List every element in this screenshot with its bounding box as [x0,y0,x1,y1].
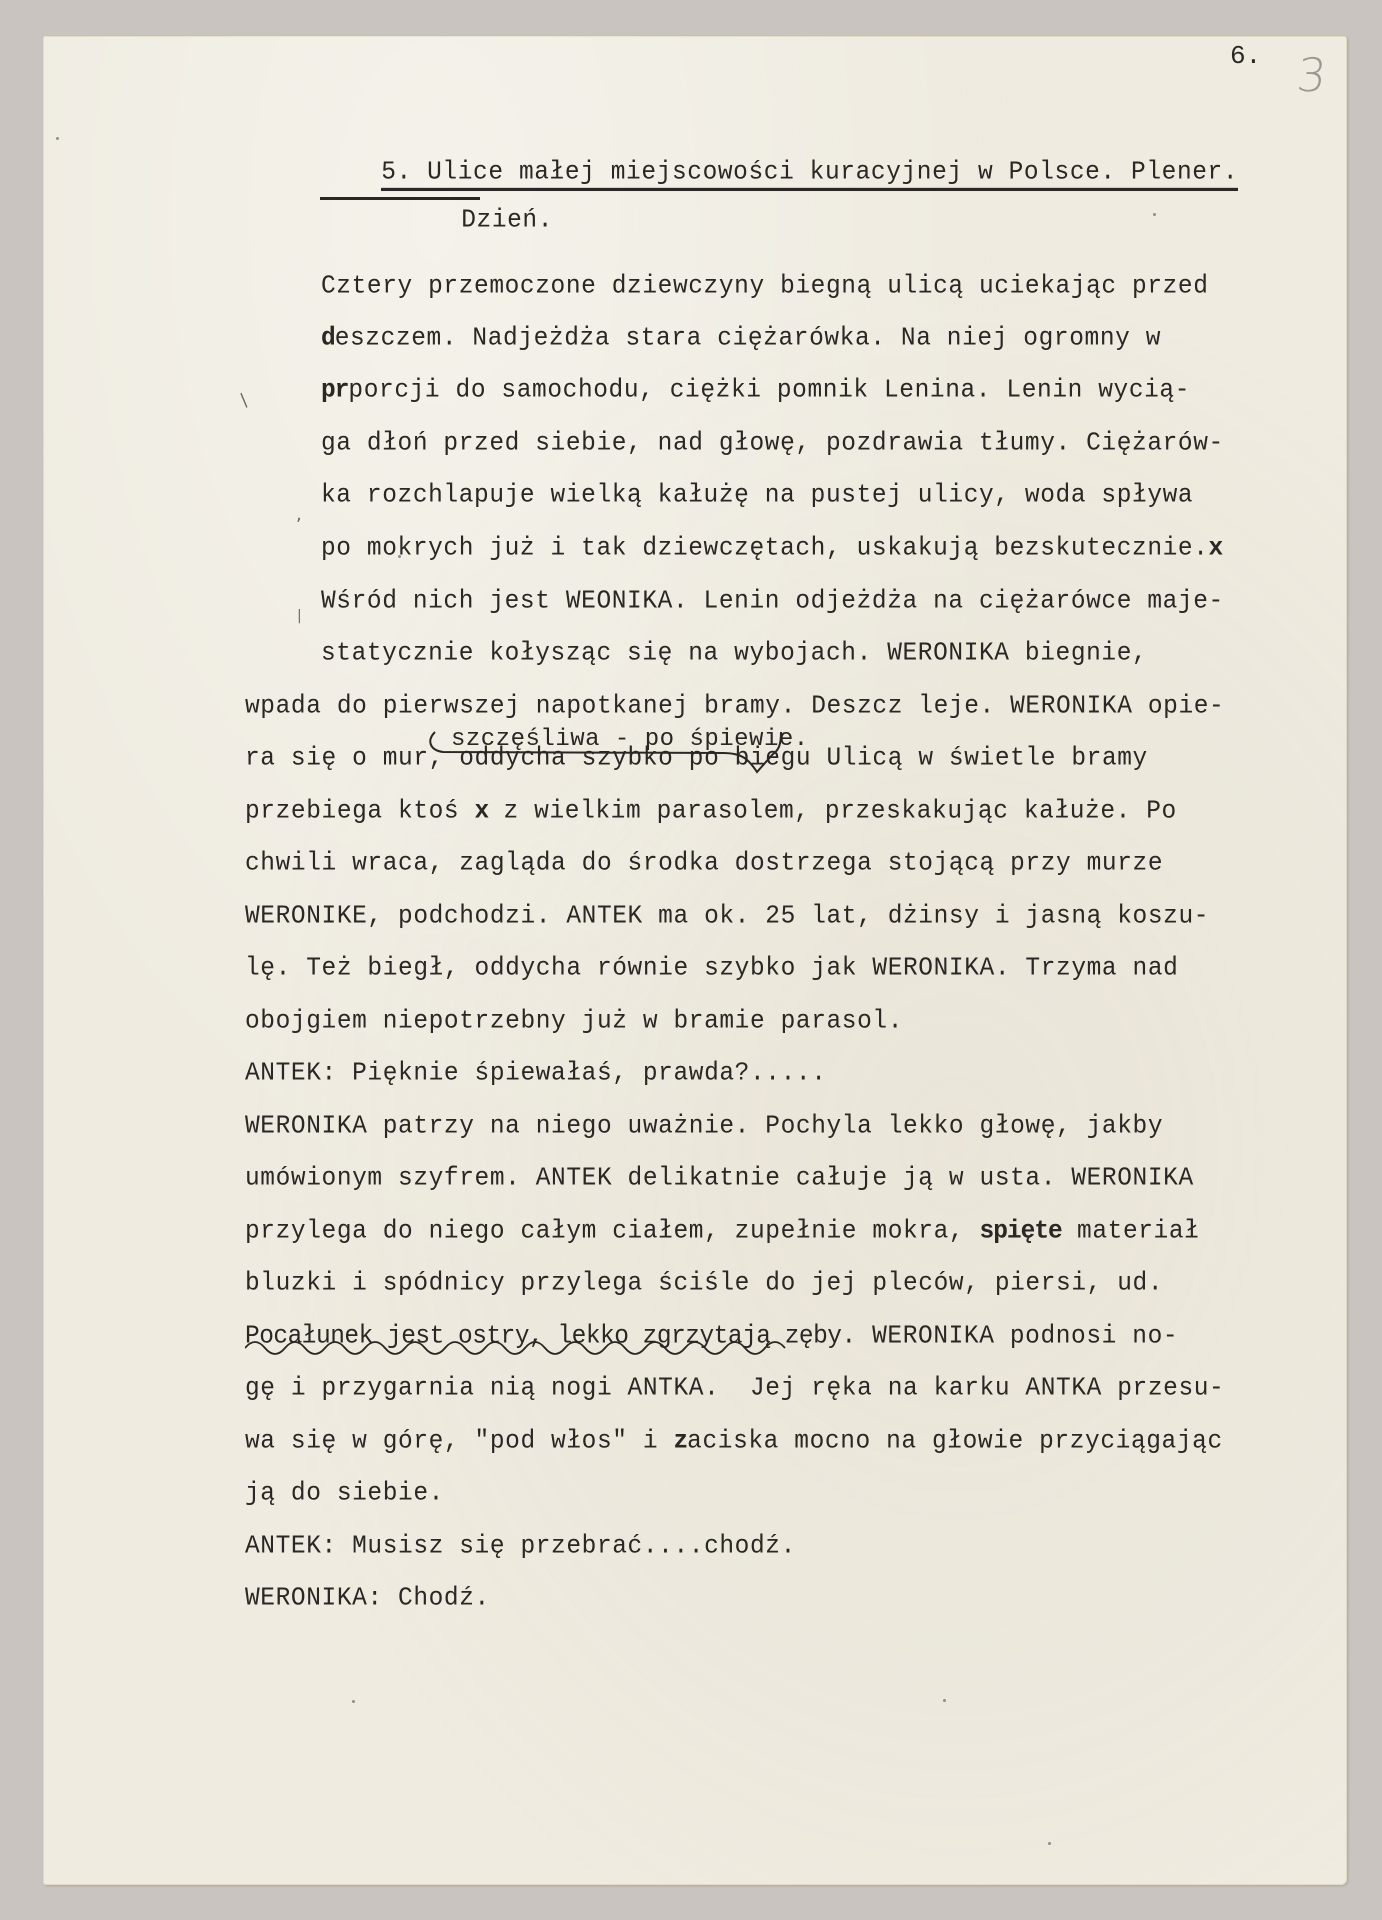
body-line-23: wa się w górę, "pod włos" i zaciska mocn… [245,1426,1223,1458]
overstruck-letter: z [673,1427,687,1456]
paper-speck [943,1699,946,1702]
scene-heading-time: Dzień. [461,206,553,236]
body-line-4: ga dłoń przed siebie, nad głowę, pozdraw… [321,428,1224,460]
body-line-10: ra się o mur, oddycha szybko po biegu Ul… [245,743,1148,775]
margin-tick-mark: / [235,391,253,411]
body-line-22: gę i przygarnia nią nogi ANTKA. Jej ręka… [245,1373,1224,1405]
body-line-19: przylega do niego całym ciałem, zupełnie… [245,1216,1199,1248]
paper-speck [1153,213,1156,216]
body-line-15: obojgiem niepotrzebny już w bramie paras… [245,1006,903,1038]
body-line-8: statycznie kołysząc się na wybojach. WER… [321,638,1147,670]
body-line-12: chwili wraca, zagląda do środka dostrzeg… [245,848,1163,880]
dialogue-antek-1: ANTEK: Pięknie śpiewałaś, prawda?..... [245,1058,827,1090]
body-line-3: prporcji do samochodu, ciężki pomnik Len… [321,375,1190,407]
body-line-1: Cztery przemoczone dziewczyny biegną uli… [321,271,1209,303]
paper-speck [352,1700,355,1703]
margin-tick-mark: | [297,608,302,624]
body-line-2: deszczem. Nadjeżdża stara ciężarówka. Na… [321,323,1161,355]
scene-heading-line-2: Dzień. [400,173,553,268]
body-line-14: lę. Też biegł, oddycha równie szybko jak… [245,953,1178,985]
body-line-5: ka rozchlapuje wielką kałużę na pustej u… [321,480,1193,512]
body-line-20: bluzki i spódnicy przylega ściśle do jej… [245,1268,1163,1300]
body-line-9: wpada do pierwszej napotkanej bramy. Des… [245,691,1224,723]
archive-page-number: 3 [1294,48,1329,102]
typed-x-mark: x [1209,534,1223,563]
struck-word: spięte [980,1217,1062,1246]
body-line-13: WERONIKE, podchodzi. ANTEK ma ok. 25 lat… [245,901,1209,933]
typed-x-mark: x [475,797,489,826]
dialogue-antek-2: ANTEK: Musisz się przebrać....chodź. [245,1531,796,1563]
overstruck-letters: pr [321,376,348,405]
body-line-24: ją do siebie. [245,1478,444,1510]
body-line-18: umówionym szyfrem. ANTEK delikatnie cału… [245,1163,1194,1195]
dialogue-weronika: WERONIKA: Chodź. [245,1583,490,1615]
typescript-page: 6. 3 5. Ulice małej miejscowości kuracyj… [43,36,1347,1885]
body-line-7: Wśród nich jest WEONIKA. Lenin odjeżdża … [321,586,1224,618]
body-line-6: po mokrych już i tak dziewczętach, uskak… [321,533,1222,565]
body-line-17: WERONIKA patrzy na niego uważnie. Pochyl… [245,1111,1163,1143]
body-line-21: Pocałunek jest ostry, lekko zgrzytają zę… [245,1321,1178,1353]
overstruck-letter: d [321,324,335,353]
paper-speck [1048,1842,1051,1845]
margin-tick-mark: , [296,504,302,525]
struck-sentence: Pocałunek jest ostry, lekko zgrzytają zę… [245,1322,842,1351]
body-line-11: przebiega ktoś x z wielkim parasolem, pr… [245,796,1177,828]
paper-speck [398,555,401,558]
paper-speck [56,137,59,140]
page-number: 6. [1230,41,1261,71]
